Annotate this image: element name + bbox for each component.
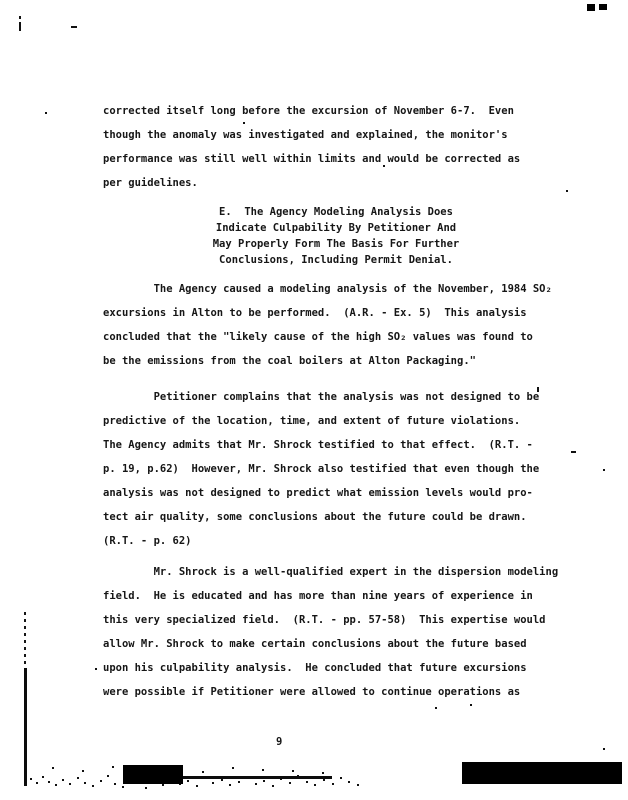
text-line: upon his culpability analysis. He conclu… bbox=[103, 656, 573, 680]
scan-speck bbox=[19, 16, 21, 19]
text-line: The Agency admits that Mr. Shrock testif… bbox=[103, 433, 573, 457]
corner-stamp-mark-1 bbox=[587, 4, 595, 11]
text-line: excursions in Alton to be performed. (A.… bbox=[103, 301, 573, 325]
scan-noise-band bbox=[22, 762, 24, 764]
text-line: p. 19, p.62) However, Mr. Shrock also te… bbox=[103, 457, 573, 481]
corner-stamp-mark-2 bbox=[599, 4, 607, 10]
text-line: per guidelines. bbox=[103, 171, 573, 195]
text-line: May Properly Form The Basis For Further bbox=[103, 236, 569, 252]
scan-speck bbox=[19, 22, 21, 31]
redaction-bar-right bbox=[462, 762, 622, 784]
text-line: be the emissions from the coal boilers a… bbox=[103, 349, 573, 373]
scan-speck bbox=[470, 704, 472, 706]
paragraph-4: Mr. Shrock is a well-qualified expert in… bbox=[103, 560, 573, 704]
text-line: (R.T. - p. 62) bbox=[103, 529, 573, 553]
paragraph-3: Petitioner complains that the analysis w… bbox=[103, 385, 573, 553]
paragraph-1: corrected itself long before the excursi… bbox=[103, 99, 573, 195]
scan-speck bbox=[95, 668, 97, 670]
paragraph-2: The Agency caused a modeling analysis of… bbox=[103, 277, 573, 373]
redaction-bar-left bbox=[123, 765, 183, 784]
scan-speck bbox=[45, 112, 47, 114]
text-line: allow Mr. Shrock to make certain conclus… bbox=[103, 632, 573, 656]
page-number: 9 bbox=[276, 730, 282, 754]
document-page: corrected itself long before the excursi… bbox=[0, 0, 628, 800]
text-line: Mr. Shrock is a well-qualified expert in… bbox=[103, 560, 573, 584]
text-line: though the anomaly was investigated and … bbox=[103, 123, 573, 147]
text-line: tect air quality, some conclusions about… bbox=[103, 505, 573, 529]
text-line: performance was still well within limits… bbox=[103, 147, 573, 171]
scan-speck bbox=[71, 26, 77, 28]
text-line: predictive of the location, time, and ex… bbox=[103, 409, 573, 433]
scan-speck bbox=[603, 469, 605, 471]
text-line: Indicate Culpability By Petitioner And bbox=[103, 220, 569, 236]
text-line: field. He is educated and has more than … bbox=[103, 584, 573, 608]
section-heading: E. The Agency Modeling Analysis DoesIndi… bbox=[103, 204, 569, 268]
text-line: The Agency caused a modeling analysis of… bbox=[103, 277, 573, 301]
text-line: E. The Agency Modeling Analysis Does bbox=[103, 204, 569, 220]
text-line: this very specialized field. (R.T. - pp.… bbox=[103, 608, 573, 632]
text-line: Conclusions, Including Permit Denial. bbox=[103, 252, 569, 268]
text-line: were possible if Petitioner were allowed… bbox=[103, 680, 573, 704]
scan-vertical-line-dotted bbox=[24, 612, 26, 668]
scan-speck bbox=[603, 748, 605, 750]
text-line: corrected itself long before the excursi… bbox=[103, 99, 573, 123]
text-line: concluded that the "likely cause of the … bbox=[103, 325, 573, 349]
text-line: analysis was not designed to predict wha… bbox=[103, 481, 573, 505]
text-line: Petitioner complains that the analysis w… bbox=[103, 385, 573, 409]
scan-vertical-line bbox=[24, 668, 27, 786]
